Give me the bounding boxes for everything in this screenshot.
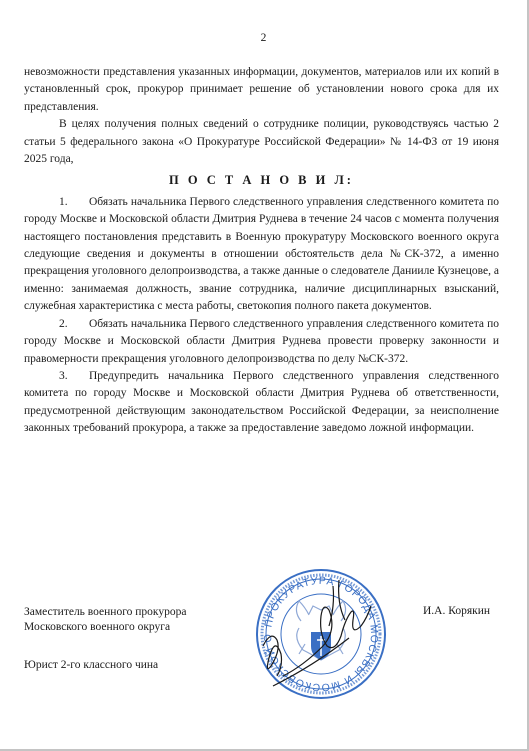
position-line-1: Заместитель военного прокурора (24, 605, 186, 620)
resolution-item-1: 1.Обязать начальника Первого следственно… (24, 194, 499, 316)
document-body: невозможности представления указанных ин… (24, 64, 499, 438)
item-text: Предупредить начальника Первого следстве… (24, 370, 499, 434)
signatory-name: И.А. Корякин (423, 605, 490, 617)
item-number: 1. (59, 194, 89, 211)
signatory-position: Заместитель военного прокурора Московско… (24, 605, 186, 635)
resolution-item-3: 3.Предупредить начальника Первого следст… (24, 368, 499, 438)
document-page: 2 невозможности представления указанных … (0, 0, 529, 751)
paragraph-continuation: невозможности представления указанных ин… (24, 64, 499, 116)
page-number: 2 (0, 32, 527, 44)
item-number: 3. (59, 368, 89, 385)
item-number: 2. (59, 316, 89, 333)
signatory-rank: Юрист 2-го классного чина (24, 659, 158, 671)
official-stamp-icon: ПРОКУРАТУРА ГОРОДА МОСКВЫ И МОСКОВСКОЙ О… (253, 566, 389, 702)
item-text: Обязать начальника Первого следственного… (24, 196, 499, 312)
resolution-heading: П О С Т А Н О В И Л: (24, 172, 499, 189)
item-text: Обязать начальника Первого следственного… (24, 318, 499, 365)
position-line-2: Московского военного округа (24, 620, 186, 635)
resolution-item-2: 2.Обязать начальника Первого следственно… (24, 316, 499, 368)
paragraph-basis: В целях получения полных сведений о сотр… (24, 116, 499, 168)
